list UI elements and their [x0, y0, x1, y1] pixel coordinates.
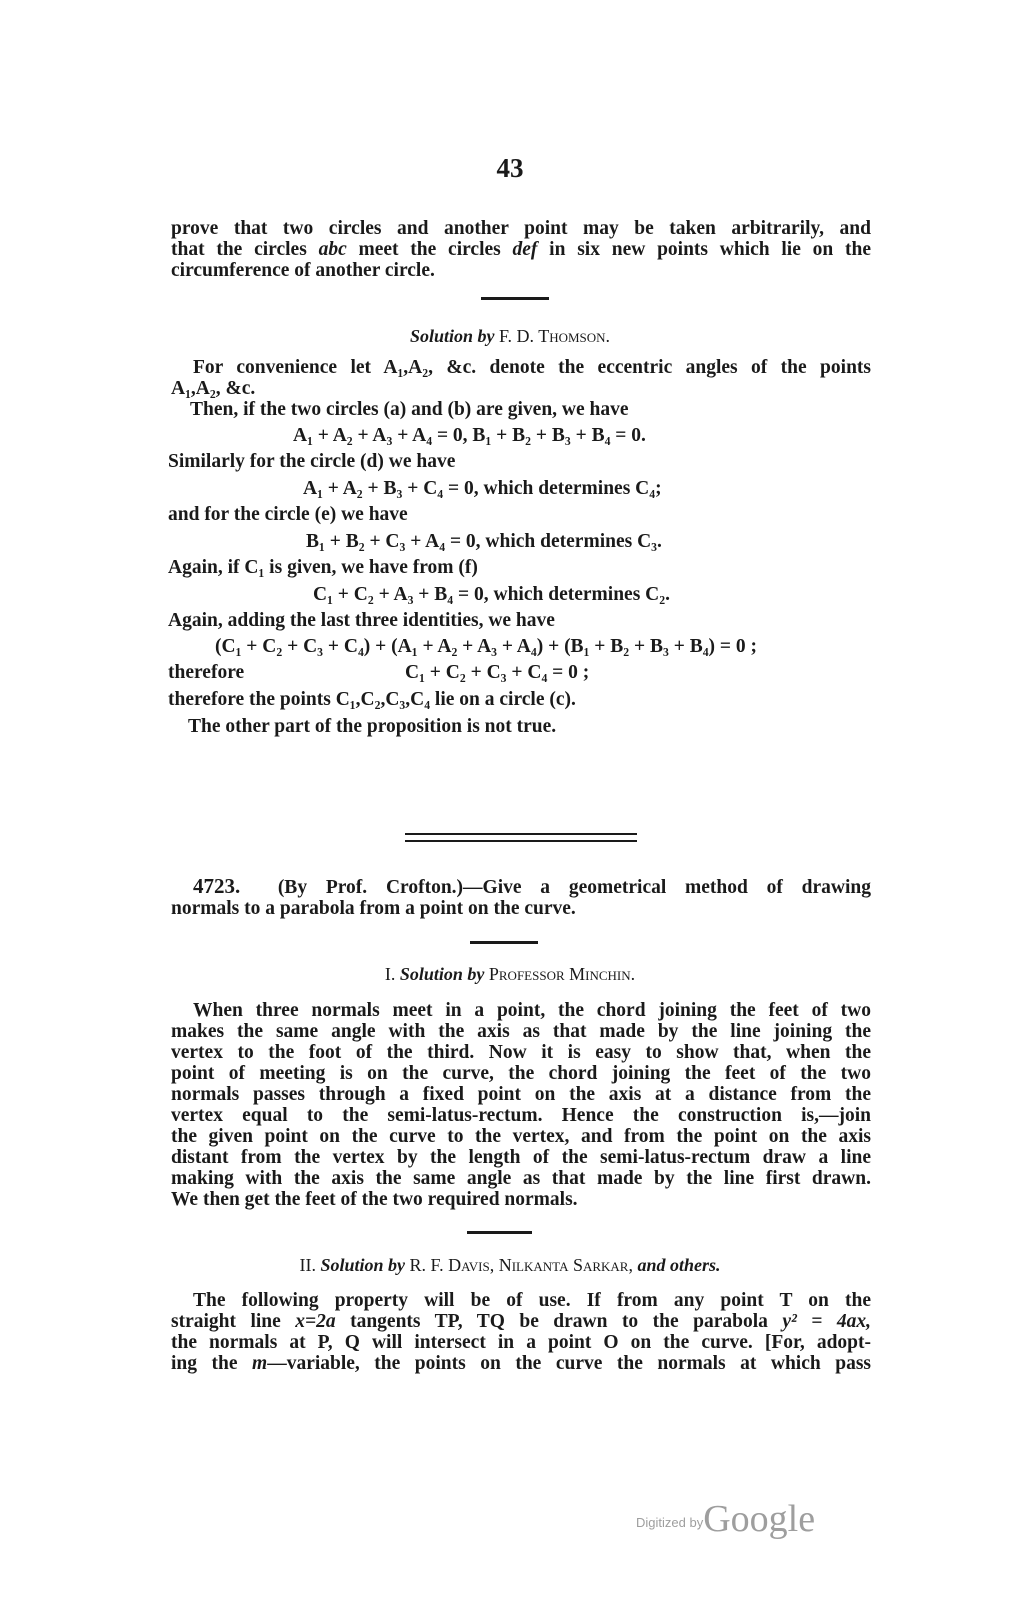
- double-rule-divider: [405, 833, 637, 842]
- thomson-text-9: The other part of the proposition is not…: [188, 716, 556, 738]
- section-rule: [467, 1231, 532, 1234]
- thomson-text-2: Then, if the two circles (a) and (b) are…: [190, 399, 629, 421]
- thomson-paragraph-1: For convenience let A₁,A₂, &c. denote th…: [171, 357, 871, 399]
- question-4723: 4723. (By Prof. Crofton.)—Give a geometr…: [171, 876, 871, 919]
- thomson-text-3: Similarly for the circle (d) we have: [168, 451, 455, 473]
- intro-line-1: prove that two circles and another point…: [171, 218, 871, 239]
- solution-heading-thomson: Solution by F. D. Thomson.: [0, 325, 1020, 347]
- minchin-paragraph: When three normals meet in a point, the …: [171, 1000, 871, 1210]
- thomson-text-4: and for the circle (e) we have: [168, 504, 408, 526]
- digitized-by-google-watermark: Digitized byGoogle: [636, 1497, 815, 1541]
- thomson-text-8: therefore the points C₁,C₂,C₃,C₄ lie on …: [168, 689, 576, 711]
- solution-heading-davis: II. Solution by R. F. Davis, Nilkanta Sa…: [0, 1254, 1020, 1276]
- section-rule: [470, 941, 538, 944]
- solution-heading-minchin: I. Solution by Professor Minchin.: [0, 963, 1020, 985]
- equation-3: B₁ + B₂ + C₃ + A₄ = 0, which determines …: [306, 531, 662, 553]
- book-page: 43 prove that two circles and another po…: [0, 0, 1020, 1622]
- intro-paragraph: prove that two circles and another point…: [171, 218, 871, 281]
- section-rule: [481, 297, 549, 300]
- question-number: 4723.: [193, 874, 240, 898]
- thomson-text-5: Again, if C₁ is given, we have from (f): [168, 557, 478, 579]
- equation-5: (C₁ + C₂ + C₃ + C₄) + (A₁ + A₂ + A₃ + A₄…: [215, 636, 757, 658]
- intro-line-2: that the circles abc meet the circles de…: [171, 239, 871, 260]
- watermark-small-text: Digitized by: [636, 1515, 703, 1530]
- intro-line-3: circumference of another circle.: [171, 260, 871, 281]
- equation-2: A₁ + A₂ + B₃ + C₄ = 0, which determines …: [303, 478, 662, 500]
- equation-6: C₁ + C₂ + C₃ + C₄ = 0 ;: [405, 662, 589, 684]
- equation-1: A₁ + A₂ + A₃ + A₄ = 0, B₁ + B₂ + B₃ + B₄…: [293, 425, 646, 447]
- thomson-text-6: Again, adding the last three identities,…: [168, 610, 555, 632]
- davis-paragraph: The following property will be of use. I…: [171, 1290, 871, 1374]
- google-logo-text: Google: [703, 1498, 815, 1540]
- thomson-text-7: therefore: [168, 662, 244, 684]
- page-number: 43: [0, 153, 1020, 184]
- equation-4: C₁ + C₂ + A₃ + B₄ = 0, which determines …: [313, 584, 670, 606]
